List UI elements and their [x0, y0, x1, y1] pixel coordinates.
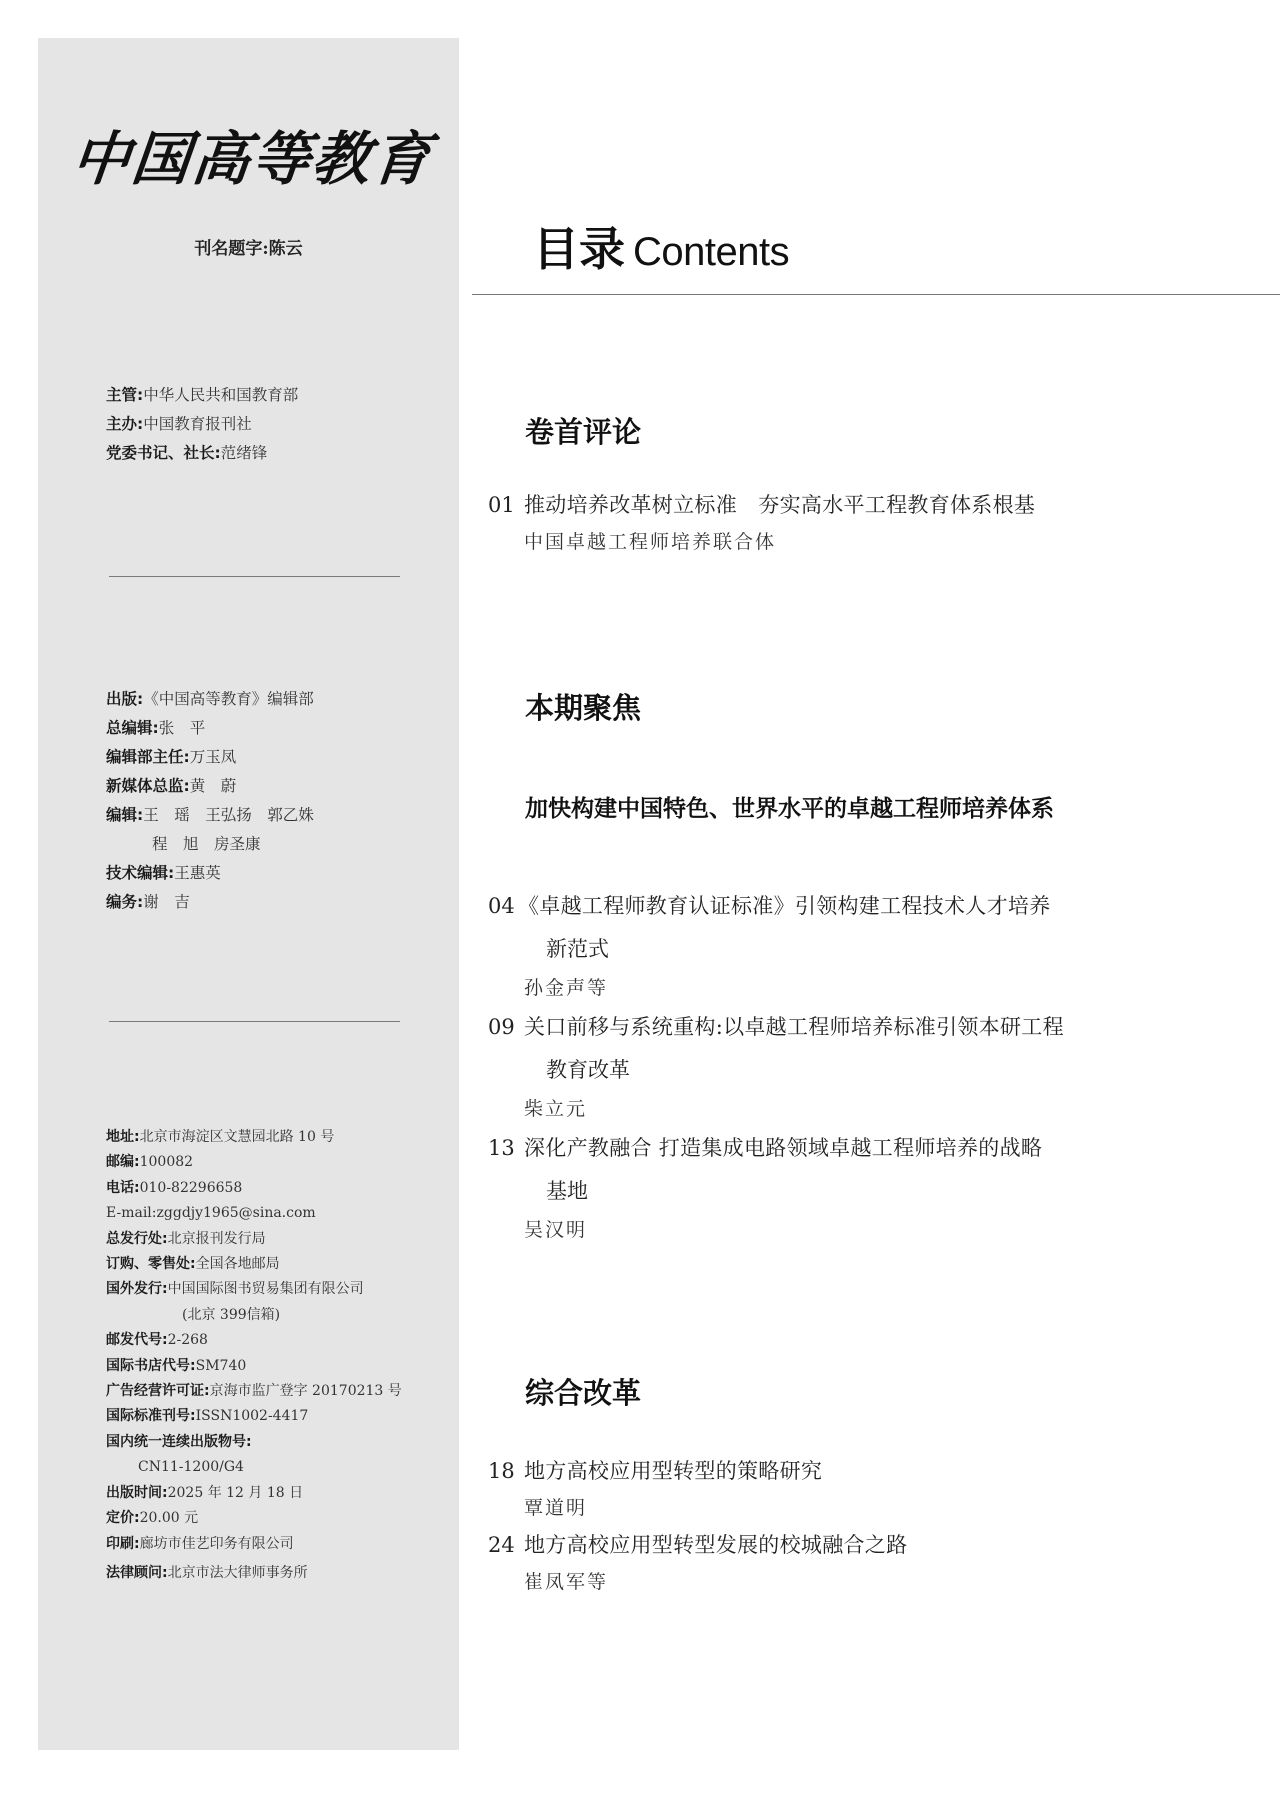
info-value: 张 平	[159, 719, 206, 737]
toc-page-number: 24	[488, 1533, 524, 1557]
header-rule	[472, 294, 1280, 295]
toc-author: 吴汉明	[488, 1215, 1248, 1242]
toc-entry[interactable]: 18 地方高校应用型转型的策略研究 覃道明	[488, 1455, 1248, 1520]
toc-page-number: 09	[488, 1015, 524, 1039]
info-label: 电话	[106, 1180, 134, 1196]
section-heading-focus: 本期聚焦	[525, 686, 641, 727]
journal-masthead-calligraphy: 中国高等教育	[59, 130, 445, 188]
toc-article-title[interactable]: 地方高校应用型转型的策略研究	[524, 1455, 822, 1485]
info-value: 中华人民共和国教育部	[143, 386, 298, 404]
info-label: 国际书店代号	[106, 1358, 190, 1374]
info-line-overseas-distribution: 国外发行:中国国际图书贸易集团有限公司	[106, 1277, 402, 1302]
toc-article-title[interactable]: 关口前移与系统重构:以卓越工程师培养标准引领本研工程	[524, 1011, 1064, 1041]
info-label: 国外发行	[106, 1281, 162, 1297]
publisher-info-block: 主管:中华人民共和国教育部 主办:中国教育报刊社 党委书记、社长:范绪锋	[106, 381, 298, 468]
info-line-postcode: 邮编:100082	[106, 1150, 402, 1175]
info-label: 主管	[106, 386, 137, 404]
info-value: 廊坊市佳艺印务有限公司	[140, 1536, 294, 1552]
info-value: 100082	[140, 1154, 193, 1170]
email-link[interactable]: zggdjy1965@sina.com	[157, 1205, 316, 1221]
info-line-overseas-distribution-cont: (北京 399信箱)	[106, 1303, 402, 1328]
info-label: 主办	[106, 415, 137, 433]
info-line-editors: 编辑:王 瑶 王弘扬 郭乙姝	[106, 801, 314, 830]
toc-article-title[interactable]: 深化产教融合 打造集成电路领域卓越工程师培养的战略	[524, 1132, 1042, 1162]
info-line-bookstore-code: 国际书店代号:SM740	[106, 1354, 402, 1379]
toc-page-number: 01	[488, 493, 524, 517]
info-value: 2-268	[168, 1332, 208, 1348]
toc-entry[interactable]: 24 地方高校应用型转型发展的校城融合之路 崔凤军等	[488, 1529, 1248, 1594]
info-line-address: 地址:北京市海淀区文慧园北路 10 号	[106, 1125, 402, 1150]
info-line-editors-cont: 程 旭 房圣康	[106, 830, 314, 859]
info-value: CN11-1200/G4	[138, 1459, 244, 1475]
toc-article-title-cont[interactable]: 教育改革	[488, 1054, 1248, 1084]
info-value: 王惠英	[174, 864, 221, 882]
info-line-president: 党委书记、社长:范绪锋	[106, 439, 298, 468]
info-label: 国内统一连续出版物号	[106, 1434, 246, 1450]
info-value: 程 旭 房圣康	[152, 835, 261, 853]
info-value: 王 瑶 王弘扬 郭乙姝	[143, 806, 314, 824]
info-label: 印刷	[106, 1536, 134, 1552]
page-title: 目录Contents	[533, 226, 789, 272]
toc-article-title[interactable]: 推动培养改革树立标准 夯实高水平工程教育体系根基	[524, 489, 1035, 519]
info-label: 出版时间	[106, 1485, 162, 1501]
info-value: 范绪锋	[221, 444, 268, 462]
toc-article-title-cont[interactable]: 新范式	[488, 933, 1248, 963]
toc-author: 孙金声等	[488, 973, 1248, 1000]
info-value: 北京市海淀区文慧园北路 10 号	[140, 1129, 335, 1145]
info-value: (北京 399信箱)	[182, 1307, 280, 1323]
info-label: 广告经营许可证	[106, 1383, 204, 1399]
section-heading-editorial: 卷首评论	[525, 410, 641, 451]
info-value: 谢 吉	[143, 893, 190, 911]
page-title-cn: 目录	[533, 222, 625, 276]
info-value: 黄 蔚	[190, 777, 237, 795]
info-value: ISSN1002-4417	[196, 1408, 309, 1424]
info-value: 万玉凤	[190, 748, 237, 766]
toc-article-title[interactable]: 《卓越工程师教育认证标准》引领构建工程技术人才培养	[518, 890, 1051, 920]
info-line-retail: 订购、零售处:全国各地邮局	[106, 1252, 402, 1277]
sidebar-divider-1	[109, 576, 400, 577]
info-line-distributor: 总发行处:北京报刊发行局	[106, 1227, 402, 1252]
info-value: 010-82296658	[140, 1180, 243, 1196]
toc-author: 柴立元	[488, 1094, 1248, 1121]
info-value: 20.00 元	[140, 1510, 199, 1526]
info-label: 邮发代号	[106, 1332, 162, 1348]
info-label: 党委书记、社长	[106, 444, 215, 462]
toc-author: 中国卓越工程师培养联合体	[488, 527, 1248, 554]
info-label: 定价	[106, 1510, 134, 1526]
page-title-en: Contents	[633, 230, 789, 274]
info-label: E-mail	[106, 1205, 152, 1221]
info-label: 订购、零售处	[106, 1256, 190, 1272]
toc-article-title[interactable]: 地方高校应用型转型发展的校城融合之路	[524, 1529, 907, 1559]
info-label: 编辑	[106, 806, 137, 824]
info-line-editorial-affairs: 编务:谢 吉	[106, 888, 314, 917]
info-value: SM740	[196, 1358, 247, 1374]
info-line-phone: 电话:010-82296658	[106, 1176, 402, 1201]
info-line-publish-date: 出版时间:2025 年 12 月 18 日	[106, 1481, 402, 1506]
publication-details-block: 地址:北京市海淀区文慧园北路 10 号 邮编:100082 电话:010-822…	[106, 1125, 402, 1586]
sidebar-divider-2	[109, 1021, 400, 1022]
info-label: 编辑部主任	[106, 748, 184, 766]
info-value: 2025 年 12 月 18 日	[168, 1485, 304, 1501]
info-value: 北京市法大律师事务所	[168, 1565, 308, 1581]
info-label: 地址	[106, 1129, 134, 1145]
info-label: 总编辑	[106, 719, 153, 737]
editorial-staff-block: 出版:《中国高等教育》编辑部 总编辑:张 平 编辑部主任:万玉凤 新媒体总监:黄…	[106, 685, 314, 917]
toc-article-title-cont[interactable]: 基地	[488, 1175, 1248, 1205]
info-line-ad-license: 广告经营许可证:京海市监广登字 20170213 号	[106, 1379, 402, 1404]
toc-author: 覃道明	[488, 1493, 1248, 1520]
toc-page-number: 13	[488, 1136, 524, 1160]
info-line-postal-code: 邮发代号:2-268	[106, 1328, 402, 1353]
info-label: 国际标准刊号	[106, 1408, 190, 1424]
info-line-technical-editor: 技术编辑:王惠英	[106, 859, 314, 888]
info-label: 出版	[106, 690, 137, 708]
toc-entry[interactable]: 04 《卓越工程师教育认证标准》引领构建工程技术人才培养 新范式 孙金声等	[488, 890, 1248, 1000]
info-label: 编务	[106, 893, 137, 911]
info-line-sponsor: 主办:中国教育报刊社	[106, 410, 298, 439]
info-line-cn-number-value: CN11-1200/G4	[106, 1455, 402, 1480]
info-value: 全国各地邮局	[196, 1256, 280, 1272]
info-label: 新媒体总监	[106, 777, 184, 795]
feature-topic-title: 加快构建中国特色、世界水平的卓越工程师培养体系	[525, 790, 1054, 823]
info-line-legal-counsel: 法律顾问:北京市法大律师事务所	[106, 1561, 402, 1586]
info-value: 《中国高等教育》编辑部	[143, 690, 314, 708]
info-line-dept-director: 编辑部主任:万玉凤	[106, 743, 314, 772]
toc-page-number: 18	[488, 1459, 524, 1483]
info-line-issn: 国际标准刊号:ISSN1002-4417	[106, 1404, 402, 1429]
info-value: 京海市监广登字 20170213 号	[210, 1383, 402, 1399]
info-line-printer: 印刷:廊坊市佳艺印务有限公司	[106, 1532, 402, 1557]
info-line-new-media-director: 新媒体总监:黄 蔚	[106, 772, 314, 801]
info-label: 邮编	[106, 1154, 134, 1170]
info-value: 中国国际图书贸易集团有限公司	[168, 1281, 364, 1297]
info-line-editor-in-chief: 总编辑:张 平	[106, 714, 314, 743]
toc-entry[interactable]: 13 深化产教融合 打造集成电路领域卓越工程师培养的战略 基地 吴汉明	[488, 1132, 1248, 1242]
info-line-publisher: 出版:《中国高等教育》编辑部	[106, 685, 314, 714]
section-heading-comprehensive-reform: 综合改革	[525, 1371, 641, 1412]
info-label: 法律顾问	[106, 1565, 162, 1581]
info-label: 技术编辑	[106, 864, 168, 882]
toc-entry[interactable]: 01 推动培养改革树立标准 夯实高水平工程教育体系根基 中国卓越工程师培养联合体	[488, 489, 1248, 554]
info-value: 北京报刊发行局	[168, 1231, 266, 1247]
masthead-credit: 刊名题字:陈云	[38, 234, 459, 259]
separator: :	[246, 1434, 252, 1450]
info-line-email: E-mail:zggdjy1965@sina.com	[106, 1201, 402, 1226]
toc-author: 崔凤军等	[488, 1567, 1248, 1594]
info-line-supervisor: 主管:中华人民共和国教育部	[106, 381, 298, 410]
info-value: 中国教育报刊社	[143, 415, 252, 433]
info-label: 总发行处	[106, 1231, 162, 1247]
toc-entry[interactable]: 09 关口前移与系统重构:以卓越工程师培养标准引领本研工程 教育改革 柴立元	[488, 1011, 1248, 1121]
info-line-price: 定价:20.00 元	[106, 1506, 402, 1531]
info-line-cn-number: 国内统一连续出版物号:	[106, 1430, 402, 1455]
